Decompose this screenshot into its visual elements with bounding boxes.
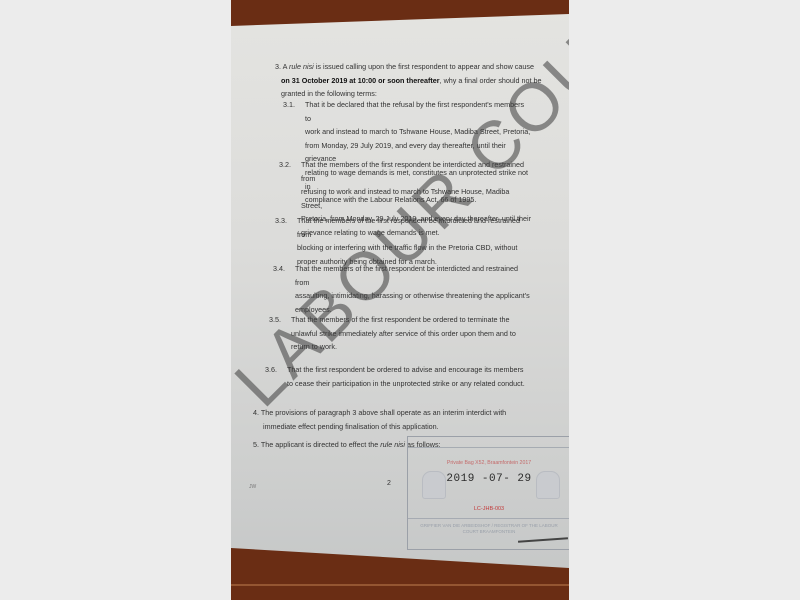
paragraph-number: 4.: [253, 408, 259, 417]
paragraph-number: 5.: [253, 440, 259, 449]
stamp-footer: GRIFFIER VAN DIE ARBEIDSHOF / REGISTRAR …: [418, 523, 560, 535]
sub-paragraph-number: 3.1.: [283, 98, 295, 112]
court-order-page: 3. A rule nisi is issued calling upon th…: [231, 0, 569, 600]
margin-initials: JW: [249, 481, 256, 495]
paragraph-number: 3.: [275, 62, 281, 71]
text: The provisions of paragraph 3 above shal…: [261, 408, 506, 417]
stamp-address: Private Bag X52, Braamfontein 2017: [408, 457, 569, 471]
sub-paragraph-number: 3.3.: [275, 214, 287, 228]
page-number: 2: [387, 477, 391, 491]
text: The applicant is directed to effect the: [261, 440, 380, 449]
stamp-date: 2019 -07- 29: [408, 473, 569, 487]
sub-paragraph-number: 3.2.: [279, 158, 291, 172]
text: immediate effect pending finalisation of…: [263, 422, 439, 431]
text: granted in the following terms:: [281, 89, 377, 98]
document-photo: 3. A rule nisi is issued calling upon th…: [231, 0, 569, 600]
paragraph-4: 4. The provisions of paragraph 3 above s…: [253, 406, 553, 433]
stamp-reference: LC-JHB-003: [408, 503, 569, 517]
sub-paragraph-number: 3.4.: [273, 262, 285, 276]
court-stamp: Private Bag X52, Braamfontein 2017 2019 …: [407, 436, 569, 550]
italic-text: rule nisi: [289, 62, 314, 71]
italic-text: rule nisi: [380, 440, 405, 449]
text-line: to cease their participation in the unpr…: [287, 377, 531, 391]
bold-date-text: on 31 October 2019 at 10:00 or soon ther…: [281, 76, 440, 85]
signature: [518, 537, 568, 542]
text: is issued calling upon the first respond…: [314, 62, 534, 71]
